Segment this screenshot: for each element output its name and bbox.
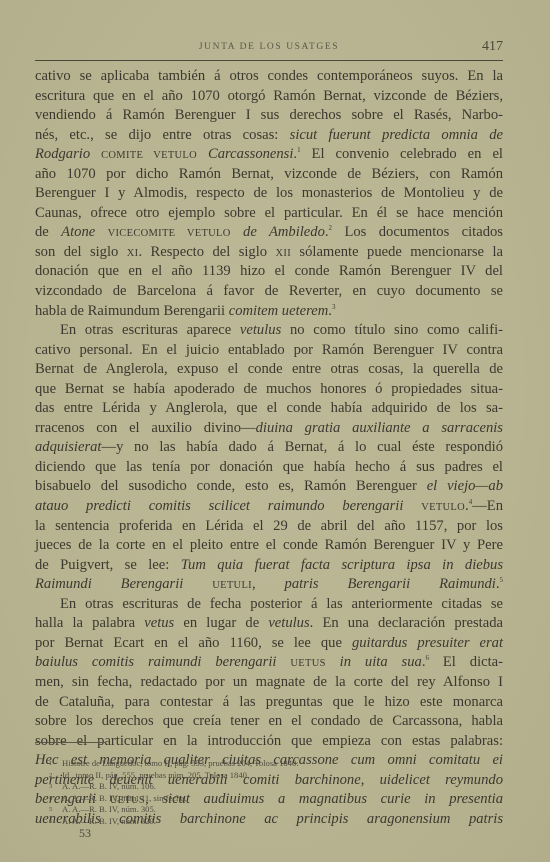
small-caps-text: VICECOMITE VETULO [108,228,231,239]
text-run: en lugar de [174,615,268,631]
text-run: —En [472,498,503,514]
text-run: El dicta- [429,654,503,670]
text-line: das entre Lérida y Anglerola, que el con… [35,399,503,419]
footnote: 3A. A.—R. B. IV, núm. 106. [49,781,449,793]
text-run: sobre los derechos que creía tener en el… [35,713,503,729]
footnote-text: Histoire de Languedoc, tomo II, pág. 553… [62,758,298,768]
italic-text: el viejo—ab [427,478,503,494]
text-run: rracenos con el auxilio divino— [35,420,256,436]
footnote: 6A. A.—R. B. IV, núm. 329. [49,816,449,828]
text-line: En otras escrituras de fecha posterior á… [35,595,503,615]
small-caps-text: UETULI [212,580,252,591]
text-run: escritura que en el año 1070 otorgó Ramó… [35,88,503,104]
text-line: jueces de la corte en el pleito entre el… [35,536,503,556]
italic-text: Carcassonensi [208,146,293,162]
text-run: bisabuelo del susodicho conde, esto es, … [35,478,427,494]
text-run [403,498,421,514]
text-run: Bernat de Anglerola, expuso el conde ent… [35,361,503,377]
italic-text: guitardus presuiter erat [352,635,503,651]
text-run: son del siglo [35,244,127,260]
text-run: jueces de la corte en el pleito entre el… [35,537,503,553]
footnote-number: 2 [49,771,62,782]
footnote-rule [35,742,106,743]
text-line: Rodgario COMITE VETULO Carcassonensi.1 E… [35,145,503,165]
italic-text: de Ambiledo [243,224,325,240]
text-line: de Puigvert, se lee: Tum quia fuerat fac… [35,556,503,576]
text-line: año 1070 por dicho Ramón Bernat, vizcond… [35,165,503,185]
italic-text: Raimundi Berengarii [35,576,183,592]
text-line: cativo se aplicaba también á otros conde… [35,67,503,87]
text-run: de Puigvert, se lee: [35,557,181,573]
small-caps-text: VETULO [421,502,465,513]
running-head: JUNTA DE LOS USATGES 417 [35,42,503,56]
text-run: —y no las había dado á Bernat, á lo cual… [101,439,503,455]
footnote-ref: 3 [332,303,336,311]
footnote-text: A. A.—R. B. IV, núm. 305. [62,804,156,814]
text-line: Berenguer I y Almodis, respecto de los m… [35,184,503,204]
text-run [90,146,101,162]
text-run: de [35,224,61,240]
text-run: vizcondado de Barcelona á favor de Rever… [35,283,503,299]
text-line: Bernat de Anglerola, expuso el conde ent… [35,360,503,380]
italic-text: Atone [61,224,95,240]
italic-text: patris Berengarii Raimundi [285,576,496,592]
text-line: bisabuelo del susodicho conde, esto es, … [35,477,503,497]
footnote-ref: 5 [500,576,504,584]
text-run: la sentencia proferida en Lérida el 29 d… [35,518,503,534]
italic-text: comitem ueterem [229,303,329,319]
text-line: habla de Raimundum Berengarii comitem ue… [35,302,503,322]
text-line: de Atone VICECOMITE VETULO de Ambiledo.2… [35,223,503,243]
italic-text: Rodgario [35,146,90,162]
text-run: cativo se aplicaba también á otros conde… [35,68,503,84]
text-line: En otras escrituras aparece vetulus no c… [35,321,503,341]
text-run [197,146,208,162]
book-page: JUNTA DE LOS USATGES 417 cativo se aplic… [0,0,550,862]
text-line: por Bernat Ecart en el año 1160, se lee … [35,634,503,654]
text-run: Caunas, ofrece otro ejemplo sobre el par… [35,205,503,221]
italic-text: vetus [144,615,174,631]
signature-mark: 53 [79,826,91,841]
text-run: diciendo que las tenía por donación que … [35,459,503,475]
footnote-number: 6 [49,817,62,828]
text-run: sólamente puede mencionarse la [291,244,503,260]
text-run [231,224,243,240]
text-line: Caunas, ofrece otro ejemplo sobre el par… [35,204,503,224]
text-run: que Bernat se había apoderado de muchos … [35,381,503,397]
footnote-number: 5 [49,805,62,816]
text-line: cativo personal. En el juicio entablado … [35,341,503,361]
text-run: . En una declaración prestada [310,615,503,631]
italic-text: in uita sua [340,654,422,670]
text-line: sobre los derechos que creía tener en el… [35,712,503,732]
text-run: En otras escrituras de fecha posterior á… [60,596,503,612]
small-caps-text: COMITE VETULO [101,150,197,161]
text-line: diciendo que las tenía por donación que … [35,458,503,478]
italic-text: diuina gratia auxiliante a sarracenis [256,420,503,436]
text-run [326,654,340,670]
running-title: JUNTA DE LOS USATGES [35,42,503,52]
text-line: son del siglo XI. Respecto del siglo XII… [35,243,503,263]
footnote-text: A. A.—R. B. IV, núm. 329. [62,816,156,826]
page-number: 417 [482,39,503,55]
text-run: das entre Lérida y Anglerola, que el con… [35,400,503,416]
text-run: . Respecto del siglo [138,244,275,260]
text-run: sobre el particular en la introducción q… [35,733,503,749]
text-line: adquisierat—y no las había dado á Bernat… [35,438,503,458]
text-line: halla la palabra vetus en lugar de vetul… [35,614,503,634]
italic-text: Tum quia fuerat facta scriptura ipsa in … [181,557,503,573]
small-caps-text: UETUS [290,658,325,669]
header-rule [35,60,503,61]
text-line: men, sin fecha, redactado por un magnate… [35,673,503,693]
text-line: la sentencia proferida en Lérida el 29 d… [35,517,503,537]
text-line: donación que en el año 1139 hizo el cond… [35,262,503,282]
text-run: men, sin fecha, redactado por un magnate… [35,674,503,690]
footnote-text: A. A.—R. B. IV, núm. 106. [62,781,156,791]
footnote-text: A. A.—R. B. IV, núm. 11, sin fecha. [62,793,186,803]
italic-text: sicut fuerunt predicta omnia de [290,127,503,143]
italic-text: adquisierat [35,439,101,455]
text-run: Berenguer I y Almodis, respecto de los m… [35,185,503,201]
footnote-number: 1 [49,759,62,770]
footnote: 5A. A.—R. B. IV, núm. 305. [49,804,449,816]
text-run: habla de Raimundum Berengarii [35,303,229,319]
text-line: atauo predicti comitis scilicet raimundo… [35,497,503,517]
text-line: de Cataluña, para contestar á las pregun… [35,693,503,713]
text-run: donación que en el año 1139 hizo el cond… [35,263,503,279]
text-run: Los documentos citados [332,224,503,240]
text-run [183,576,212,592]
text-line: baiulus comitis raimundi berengarii UETU… [35,653,503,673]
text-run: por Bernat Ecart en el año 1160, se lee … [35,635,352,651]
text-line: nés, etc., se dijo entre otras cosas: si… [35,126,503,146]
text-run: no como título sino como califi- [281,322,503,338]
footnote-text: Id., tomo II, pág. 555, pruebas núm. 205… [62,770,249,780]
text-line: vizcondado de Barcelona á favor de Rever… [35,282,503,302]
text-run: halla la palabra [35,615,144,631]
footnote: 4A. A.—R. B. IV, núm. 11, sin fecha. [49,793,449,805]
footnote: 1Histoire de Languedoc, tomo II, pág. 55… [49,758,449,770]
text-run: El convenio celebrado en el [301,146,503,162]
footnote-number: 3 [49,782,62,793]
italic-text: vetulus [268,615,309,631]
text-run [276,654,290,670]
text-run: , [252,576,285,592]
small-caps-text: XII [276,248,291,259]
italic-text: vetulus [240,322,281,338]
text-line: Raimundi Berengarii UETULI, patris Beren… [35,575,503,595]
text-line: rracenos con el auxilio divino—diuina gr… [35,419,503,439]
italic-text: atauo predicti comitis scilicet raimundo… [35,498,403,514]
text-run [95,224,107,240]
text-run: nés, etc., se dijo entre otras cosas: [35,127,290,143]
text-run: cativo personal. En el juicio entablado … [35,342,503,358]
footnote: 2Id., tomo II, pág. 555, pruebas núm. 20… [49,770,449,782]
text-run: de Cataluña, para contestar á las pregun… [35,694,503,710]
footnotes: 1Histoire de Languedoc, tomo II, pág. 55… [49,758,449,828]
body-text: cativo se aplicaba también á otros conde… [35,67,503,829]
text-run: vendiendo á Ramón Berenguer I sus derech… [35,107,503,123]
italic-text: baiulus comitis raimundi berengarii [35,654,276,670]
text-line: vendiendo á Ramón Berenguer I sus derech… [35,106,503,126]
footnote-number: 4 [49,794,62,805]
small-caps-text: XI [127,248,139,259]
text-line: escritura que en el año 1070 otorgó Ramó… [35,87,503,107]
text-line: que Bernat se había apoderado de muchos … [35,380,503,400]
text-run: año 1070 por dicho Ramón Bernat, vizcond… [35,166,503,182]
text-run: En otras escrituras aparece [60,322,240,338]
